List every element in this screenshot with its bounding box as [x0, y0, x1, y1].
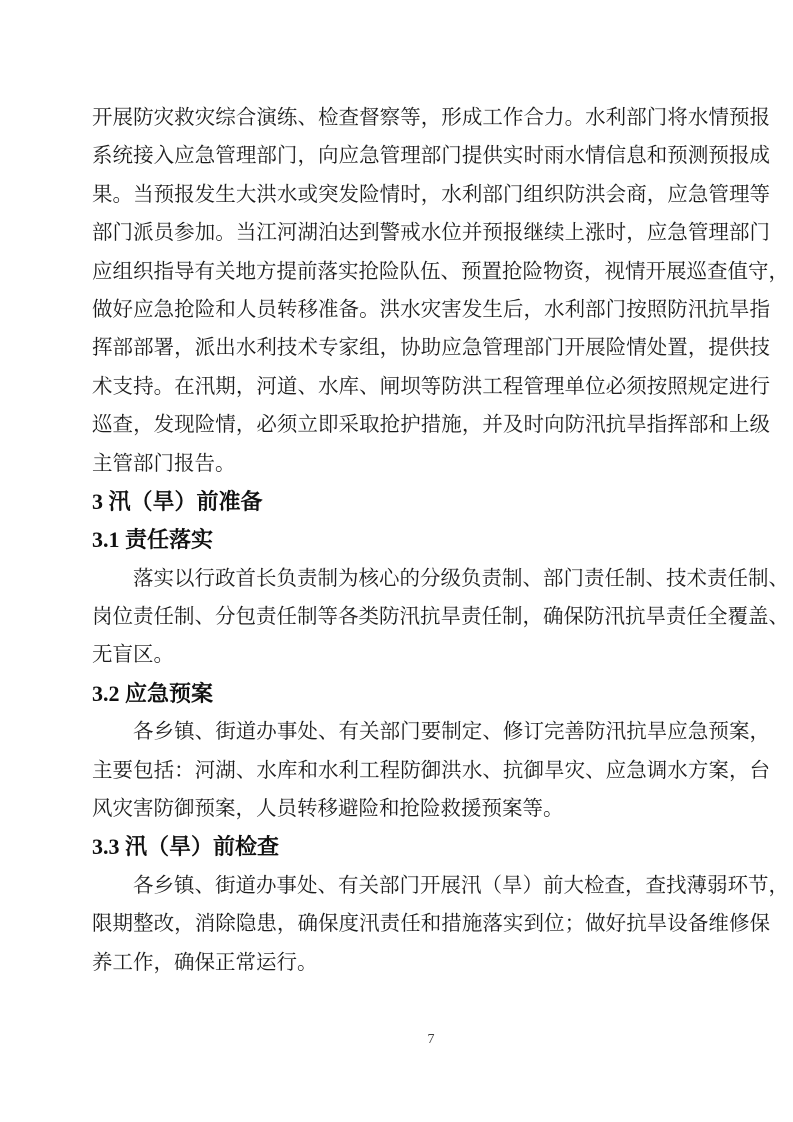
text-line: 部门派员参加。当江河湖泊达到警戒水位并预报继续上涨时，应急管理部门	[92, 214, 770, 252]
text-line: 各乡镇、街道办事处、有关部门开展汛（旱）前大检查，查找薄弱环节，	[92, 867, 770, 905]
document-body: 开展防灾救灾综合演练、检查督察等，形成工作合力。水利部门将水情预报 系统接入应急…	[92, 99, 770, 982]
text-line: 限期整改，消除隐患，确保度汛责任和措施落实到位；做好抗旱设备维修保	[92, 905, 770, 943]
text-line: 果。当预报发生大洪水或突发险情时，水利部门组织防洪会商，应急管理等	[92, 176, 770, 214]
text-line: 各乡镇、街道办事处、有关部门要制定、修订完善防汛抗旱应急预案，	[92, 713, 770, 751]
section-heading-responsibility: 3.1 责任落实	[92, 521, 770, 559]
text-line: 落实以行政首长负责制为核心的分级负责制、部门责任制、技术责任制、	[92, 560, 770, 598]
page-number: 7	[92, 1032, 770, 1048]
text-line: 系统接入应急管理部门，向应急管理部门提供实时雨水情信息和预测预报成	[92, 137, 770, 175]
section-heading-emergency-plan: 3.2 应急预案	[92, 675, 770, 713]
section-paragraph: 各乡镇、街道办事处、有关部门要制定、修订完善防汛抗旱应急预案， 主要包括：河湖、…	[92, 713, 770, 828]
text-line: 主要包括：河湖、水库和水利工程防御洪水、抗御旱灾、应急调水方案，台	[92, 752, 770, 790]
text-line: 做好应急抢险和人员转移准备。洪水灾害发生后，水利部门按照防汛抗旱指	[92, 291, 770, 329]
text-line: 应组织指导有关地方提前落实抢险队伍、预置抢险物资，视情开展巡查值守，	[92, 253, 770, 291]
paragraph-continuation: 开展防灾救灾综合演练、检查督察等，形成工作合力。水利部门将水情预报 系统接入应急…	[92, 99, 770, 483]
text-line: 风灾害防御预案，人员转移避险和抢险救援预案等。	[92, 790, 770, 828]
text-line: 无盲区。	[92, 636, 770, 674]
text-line: 开展防灾救灾综合演练、检查督察等，形成工作合力。水利部门将水情预报	[92, 99, 770, 137]
section-paragraph: 各乡镇、街道办事处、有关部门开展汛（旱）前大检查，查找薄弱环节， 限期整改，消除…	[92, 867, 770, 982]
text-line: 养工作，确保正常运行。	[92, 944, 770, 982]
text-line: 主管部门报告。	[92, 445, 770, 483]
section-paragraph: 落实以行政首长负责制为核心的分级负责制、部门责任制、技术责任制、 岗位责任制、分…	[92, 560, 770, 675]
document-page: 开展防灾救灾综合演练、检查督察等，形成工作合力。水利部门将水情预报 系统接入应急…	[0, 0, 793, 1122]
text-line: 术支持。在汛期，河道、水库、闸坝等防洪工程管理单位必须按照规定进行	[92, 368, 770, 406]
section-heading-pre-flood-inspection: 3.3 汛（旱）前检查	[92, 828, 770, 866]
text-line: 岗位责任制、分包责任制等各类防汛抗旱责任制，确保防汛抗旱责任全覆盖、	[92, 598, 770, 636]
text-line: 挥部部署，派出水利技术专家组，协助应急管理部门开展险情处置，提供技	[92, 329, 770, 367]
chapter-heading: 3 汛（旱）前准备	[92, 483, 770, 521]
text-line: 巡查，发现险情，必须立即采取抢护措施，并及时向防汛抗旱指挥部和上级	[92, 406, 770, 444]
